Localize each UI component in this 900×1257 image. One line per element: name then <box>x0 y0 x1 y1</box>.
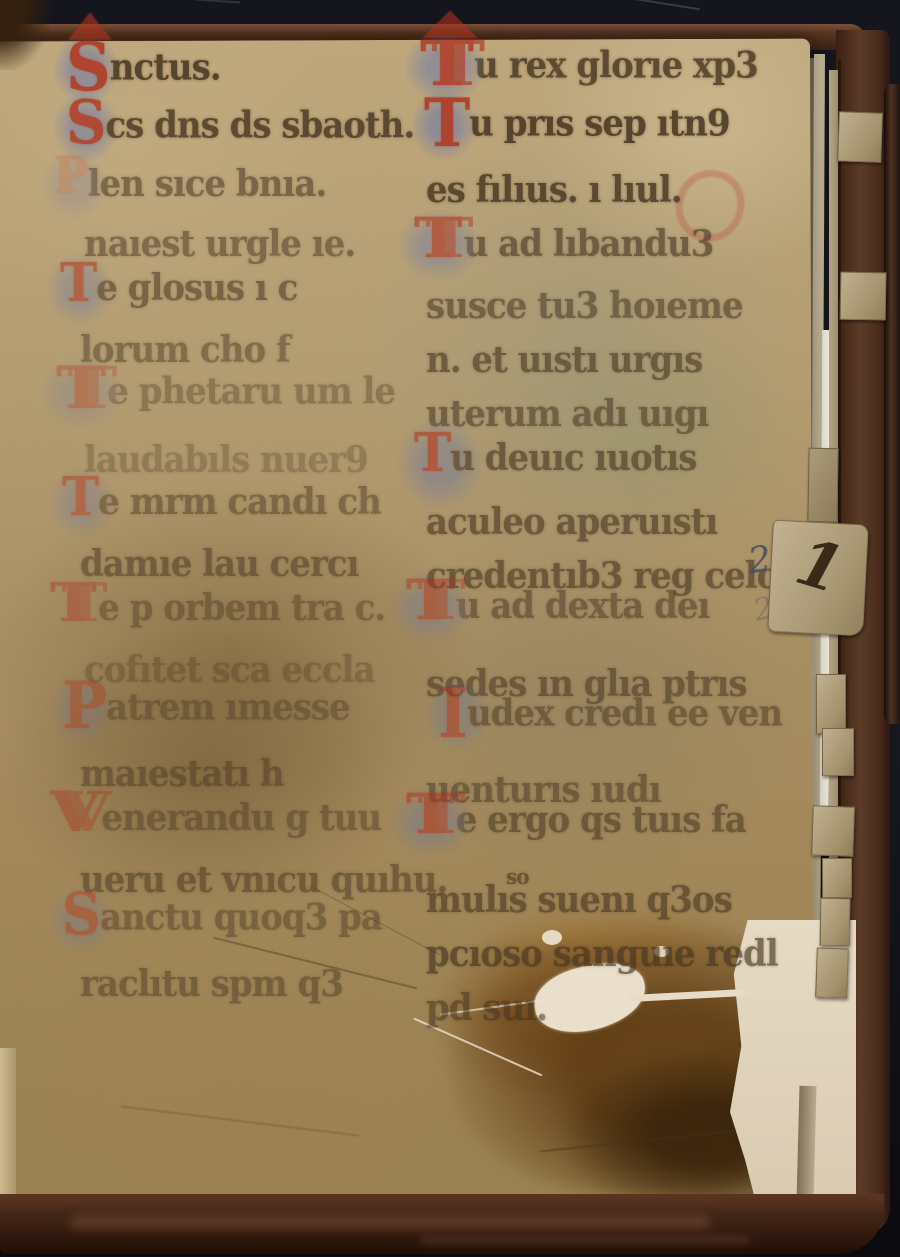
versal-initial: T <box>60 258 96 306</box>
blue-penwork-flourish <box>50 671 114 746</box>
versal-initial: T <box>406 576 453 626</box>
fore-edge-tab <box>822 728 854 776</box>
versal-initial: T <box>50 578 95 626</box>
leather-highlight <box>420 1236 750 1244</box>
red-canopy-ornament <box>423 10 478 38</box>
blue-penwork-flourish <box>41 356 121 431</box>
line-text: e p orbem tra c. <box>98 587 385 630</box>
line-text: mulıs suenı q3os <box>426 879 732 922</box>
line-text: aculeo aperuıstı <box>426 501 717 544</box>
fore-edge-tab-large: 1 <box>767 520 869 637</box>
blue-penwork-flourish <box>399 208 479 283</box>
line-text: e ergo qs tuıs fa <box>456 799 746 842</box>
versal-initial: S <box>66 96 105 150</box>
text-line: lorum cho f <box>80 329 290 372</box>
text-line: Te glosus ı c <box>60 267 297 310</box>
text-line: Te p orbem tra c. <box>50 587 385 630</box>
text-line: es fılıus. ı lıul. <box>426 169 682 212</box>
line-text: damıe lau cercı <box>80 543 359 586</box>
text-line: naıest urgle ıe. <box>84 223 355 266</box>
line-text: n. et uıstı urgıs <box>426 339 702 382</box>
text-line: mulıs suenı q3osso <box>426 879 732 922</box>
text-line: Tu ad dexta deı <box>406 585 709 628</box>
text-line: laudabıls nuer9 <box>84 439 368 482</box>
blue-penwork-flourish <box>391 570 471 645</box>
interlinear-note: so <box>506 864 529 890</box>
versal-initial: V <box>50 788 99 838</box>
fore-edge-tab <box>840 272 887 321</box>
fore-edge-tab <box>815 947 849 998</box>
manuscript-photo: Snctus.Scs dns ds sbaoth.Plen sıce bnıa.… <box>0 0 900 1257</box>
versal-initial: T <box>414 428 450 476</box>
versal-initial: T <box>406 790 453 840</box>
line-text: es fılıus. ı lıul. <box>426 169 682 212</box>
text-line: maıestatı h <box>80 753 284 796</box>
fore-edge-tab <box>820 898 851 947</box>
text-layer: Snctus.Scs dns ds sbaoth.Plen sıce bnıa.… <box>0 0 900 1257</box>
line-text: pd suı. <box>426 987 547 1030</box>
line-text: e glosus ı c <box>96 267 297 310</box>
text-line: pd suı. <box>426 987 547 1030</box>
versal-initial: P <box>62 678 106 736</box>
line-text: naıest urgle ıe. <box>84 223 355 266</box>
line-text: udex credı ee ven <box>467 692 782 735</box>
text-line: pcıoso sanguıe redl <box>426 933 778 976</box>
line-text: atrem ımesse <box>106 686 350 729</box>
fore-edge-tab <box>807 448 838 523</box>
line-text: len sıce bnıa. <box>88 163 327 206</box>
text-line: aculeo aperuıstı <box>426 501 717 544</box>
text-line: cofıtet sca eccla <box>84 649 375 692</box>
line-text: u ad lıbandu3 <box>464 223 714 266</box>
versal-initial: T <box>414 214 461 264</box>
line-text: u rex glorıe xp3 <box>474 44 758 87</box>
text-line: raclıtu spm q3 <box>80 963 343 1006</box>
line-text: cs dns ds sbaoth. <box>105 105 414 148</box>
text-line: Tu rex glorıe xp3 <box>420 44 758 91</box>
versal-initial: I <box>438 684 467 746</box>
text-line: n. et uıstı urgıs <box>426 339 702 382</box>
blue-penwork-flourish <box>412 87 476 162</box>
line-text: lorum cho f <box>80 329 290 372</box>
line-text: cofıtet sca eccla <box>84 649 375 692</box>
text-line: Plen sıce bnıa. <box>54 163 326 206</box>
text-line: susce tu3 hoıeme <box>426 285 743 328</box>
text-line: Sanctu quoq3 pa <box>62 897 382 940</box>
fore-edge-tab <box>837 111 883 163</box>
line-text: u ad dexta deı <box>456 585 710 628</box>
leather-highlight <box>70 1216 710 1228</box>
line-text: e mrm candı ch <box>98 481 381 524</box>
line-text: e phetaru um le <box>107 371 395 414</box>
tab-ink-mark: 1 <box>788 524 853 609</box>
text-line: Tu deuıc ıuotıs <box>414 437 696 480</box>
text-line: Iudex credı ee ven <box>438 692 782 745</box>
versal-initial: T <box>56 362 105 414</box>
fore-edge-tab <box>811 805 855 856</box>
versal-initial: P <box>54 154 88 198</box>
line-text: pcıoso sanguıe redl <box>426 933 778 976</box>
line-text: raclıtu spm q3 <box>80 963 343 1006</box>
text-line: Te ergo qs tuıs fa <box>406 799 746 842</box>
line-text: ueru et vnıcu quıhu. <box>80 859 447 902</box>
fore-edge-tab <box>822 858 852 898</box>
text-line: Tu ad lıbandu3 <box>414 223 713 266</box>
versal-initial: T <box>424 94 469 154</box>
text-line: damıe lau cercı <box>80 543 359 586</box>
blue-penwork-flourish <box>42 148 106 223</box>
text-line: Scs dns ds sbaoth. <box>66 105 414 150</box>
text-line: Tu prıs sep ıtn9 <box>424 102 730 153</box>
versal-initial: S <box>62 888 100 940</box>
line-text: u prıs sep ıtn9 <box>469 102 730 145</box>
line-text: susce tu3 hoıeme <box>426 285 743 328</box>
text-line: Te phetaru um le <box>56 371 395 414</box>
text-line: Venerandu g tuu <box>50 797 381 840</box>
line-text: enerandu g tuu <box>101 797 381 840</box>
line-text: u deuıc ıuotıs <box>450 437 696 480</box>
text-line: Patrem ımesse <box>62 686 350 735</box>
fore-edge-tab <box>816 674 846 734</box>
line-text: anctu quoq3 pa <box>100 897 382 940</box>
line-text: nctus. <box>110 46 221 89</box>
line-text: maıestatı h <box>80 753 284 796</box>
blue-penwork-flourish <box>391 784 471 859</box>
text-line: Te mrm candı ch <box>62 481 381 524</box>
text-line: ueru et vnıcu quıhu. <box>80 859 447 902</box>
line-text: laudabıls nuer9 <box>84 439 368 482</box>
red-canopy-ornament <box>68 12 112 40</box>
versal-initial: T <box>62 472 98 520</box>
